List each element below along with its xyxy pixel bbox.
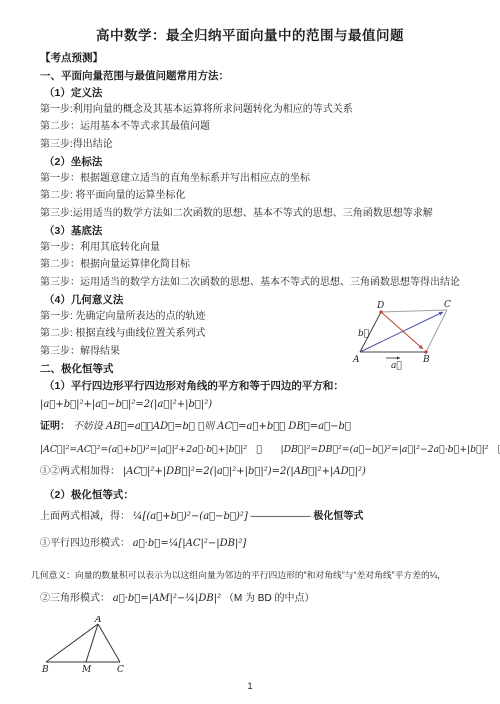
vertex-b-label: B [422, 355, 430, 365]
median-am [86, 624, 98, 662]
method-3-step-2: 第二步：根据向量运算律化简目标 [40, 259, 190, 271]
vertex-a-label: A [352, 355, 360, 365]
side-ba [46, 624, 98, 662]
method-3-step-1: 第一步：利用其底转化向量 [40, 242, 160, 254]
vertex-b-label: B [41, 665, 49, 674]
midpoint-m-label: M [81, 665, 92, 674]
method-4-step-2: 第二步: 根据直线与曲线位置关系列式 [40, 328, 206, 340]
method-2-step-3: 第三步:运用适当的数学方法如二次函数的思想、基本不等式的思想、三角函数思想等求解 [40, 208, 433, 220]
vertex-b-dot [424, 350, 427, 353]
addition-lead: ①②两式相加得： [40, 466, 120, 477]
triangle-mode-note: （M 为 BD 的中点） [224, 593, 315, 604]
method-3-step-3: 第三步：运用适当的数学方法如二次函数的思想、基本不等式的思想、三角函数思想等得出… [40, 277, 460, 289]
proof-label: 证明： [40, 421, 70, 432]
parallelogram-figure: D C A B b⃗ a⃗ [350, 298, 490, 370]
method-3-heading: （3）基底法 [44, 225, 102, 237]
page-title: 高中数学：最全归纳平面向量中的范围与最值问题 [0, 24, 500, 44]
document-page: 高中数学：最全归纳平面向量中的范围与最值问题 【考点预测】 一、平面向量范围与最… [0, 0, 500, 704]
method-2-step-2: 第二步: 将平面向量的运算坐标化 [40, 190, 186, 202]
polarization-line: 上面两式相减，得： ¼[(a⃗+b⃗)²−(a⃗−b⃗)²] —————— 极化… [40, 511, 363, 523]
parallelogram-law-heading: （1）平行四边形平行四边形对角线的平方和等于四边的平方和： [44, 380, 344, 392]
section-2-heading: 二、极化恒等式 [40, 363, 114, 375]
expand-equations: |AC⃗|²=AC⃗²=(a⃗+b⃗)²=|a⃗|²+2a⃗·b⃗+|b⃗|² … [40, 444, 500, 456]
vertex-a-label: A [94, 616, 102, 625]
proof-line: 证明： 不妨设 AB⃗=a⃗，AD⃗=b⃗ ，则 AC⃗=a⃗+b⃗， DB⃗=… [40, 421, 351, 433]
page-number: 1 [0, 681, 500, 691]
proof-text: 不妨设 AB⃗=a⃗，AD⃗=b⃗ ，则 AC⃗=a⃗+b⃗， DB⃗=a⃗−b… [73, 421, 351, 432]
method-1-step-3: 第三步:得出结论 [40, 139, 113, 151]
side-cb [426, 310, 447, 352]
geometric-meaning: 几何意义：向量的数量积可以表示为以这组向量为邻边的平行四边形的“和对角线”与“差… [31, 569, 446, 581]
polarization-formula: ¼[(a⃗+b⃗)²−(a⃗−b⃗)²] [133, 511, 248, 522]
parallelogram-mode-lead: ①平行四边形模式： [40, 538, 130, 549]
method-4-heading: （4）几何意义法 [44, 294, 123, 306]
method-2-heading: （2）坐标法 [44, 156, 102, 168]
parallelogram-mode-line: ①平行四边形模式： a⃗·b⃗=¼[|AC|²−|DB|²] [40, 538, 246, 550]
addition-line: ①②两式相加得： |AC⃗|²+|DB⃗|²=2(|a⃗|²+|b⃗|²)=2(… [40, 466, 366, 478]
method-1-heading: （1）定义法 [44, 87, 102, 99]
triangle-figure: A B M C [36, 616, 136, 674]
triangle-mode-formula: a⃗·b⃗=|AM|²−¼|DB|² [113, 593, 221, 604]
method-2-step-1: 第一步：根据题意建立适当的直角坐标系并写出相应点的坐标 [40, 173, 310, 185]
vertex-d-label: D [376, 301, 384, 311]
method-4-step-3: 第三步：解得结果 [40, 346, 120, 358]
method-1-step-1: 第一步:利用向量的概念及其基本运算将所求问题转化为相应的等式关系 [40, 104, 353, 116]
parallelogram-mode-formula: a⃗·b⃗=¼[|AC|²−|DB|²] [133, 538, 247, 549]
vertex-c-label: C [117, 665, 124, 674]
triangle-mode-line: ②三角形模式： a⃗·b⃗=|AM|²−¼|DB|² （M 为 BD 的中点） [40, 593, 314, 605]
vector-b-label: b⃗ [358, 329, 369, 339]
method-4-step-1: 第一步: 先确定向量所表达的点的轨迹 [40, 311, 206, 323]
polarization-lead: 上面两式相减，得： [40, 511, 130, 522]
vector-a-label: a⃗ [391, 361, 402, 370]
parallelogram-law-formula: |a⃗+b⃗|²+|a⃗−b⃗|²=2(|a⃗|²+|b⃗|²) [40, 399, 212, 411]
section-1-heading: 一、平面向量范围与最值问题常用方法： [40, 70, 229, 82]
diagonal-db [381, 312, 423, 349]
addition-formula: |AC⃗|²+|DB⃗|²=2(|a⃗|²+|b⃗|²)=2(|AB⃗|²+|A… [123, 466, 366, 477]
polarization-dash: —————— [251, 511, 311, 522]
triangle-mode-lead: ②三角形模式： [40, 593, 110, 604]
method-1-step-2: 第二步：运用基本不等式求其最值问题 [40, 121, 210, 133]
diagonal-ac [360, 312, 443, 352]
exam-preview-heading: 【考点预测】 [40, 52, 103, 64]
polarization-label: 极化恒等式 [313, 511, 363, 522]
polarization-identity-heading: （2）极化恒等式： [44, 489, 134, 501]
side-ac [98, 624, 120, 662]
side-dc [381, 310, 447, 312]
vertex-c-label: C [444, 300, 451, 310]
